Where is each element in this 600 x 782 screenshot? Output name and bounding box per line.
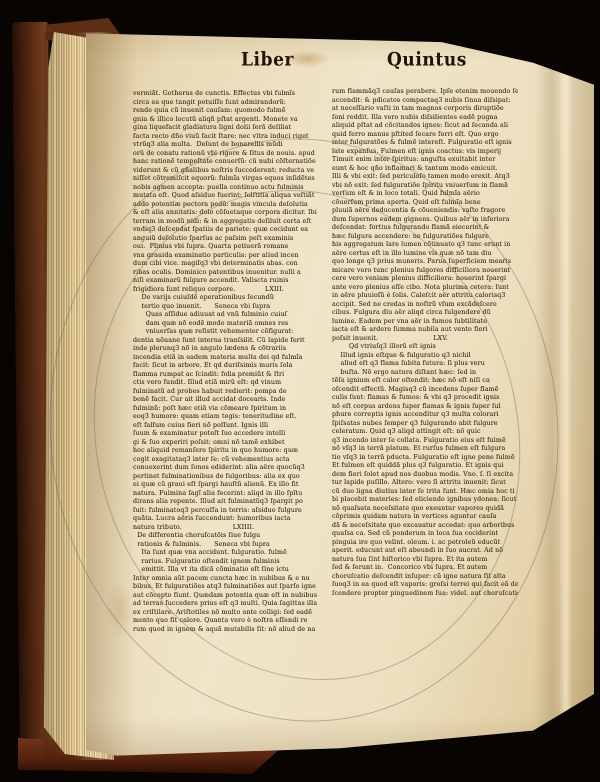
running-title-liber: Liber xyxy=(241,49,294,71)
book-photo: Liber Quintus vermiãt. Gotherus de cunct… xyxy=(0,0,600,782)
running-title-quintus: Quintus xyxy=(387,49,467,71)
page-fold-highlight xyxy=(560,26,572,760)
